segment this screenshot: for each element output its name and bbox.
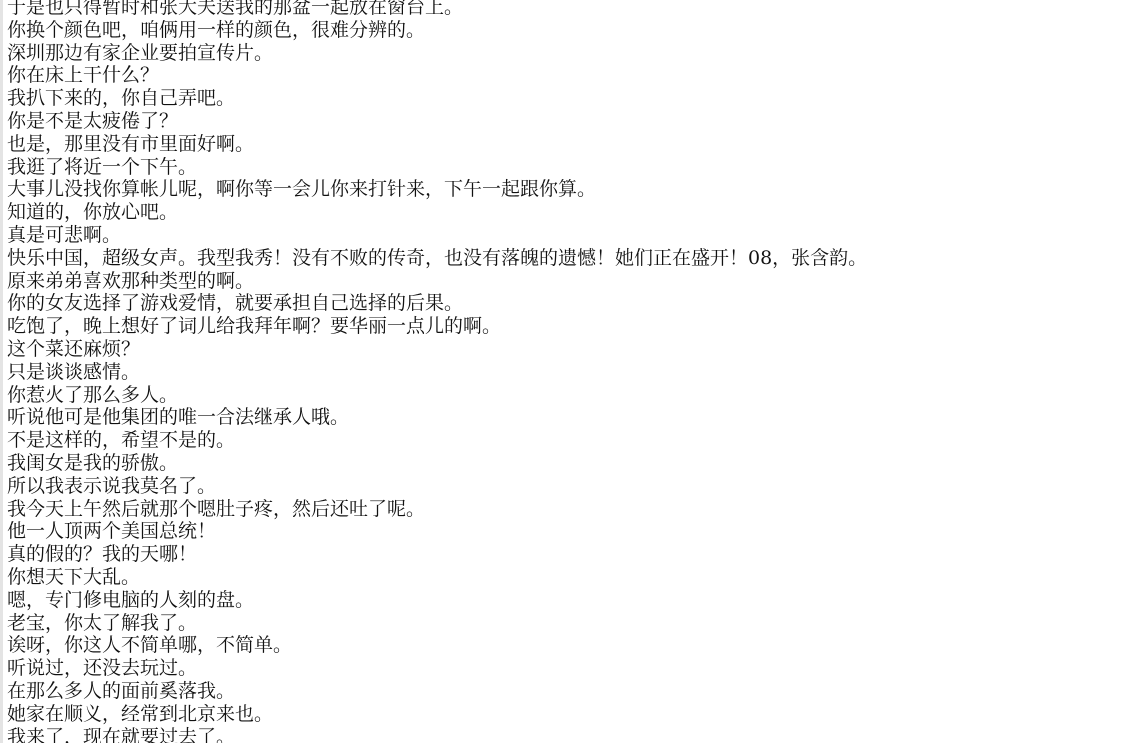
text-line: 你想天下大乱。 [7,566,867,589]
text-line: 我今天上午然后就那个嗯肚子疼，然后还吐了呢。 [7,498,867,521]
text-line: 知道的，你放心吧。 [7,201,867,224]
text-lines: 于是也只得暂时和张大夫送我的那盆一起放在窗台上。 你换个颜色吧，咱俩用一样的颜色… [7,0,867,743]
text-line: 诶呀，你这人不简单哪，不简单。 [7,634,867,657]
text-line: 真是可悲啊。 [7,224,867,247]
text-line: 于是也只得暂时和张大夫送我的那盆一起放在窗台上。 [7,0,867,19]
text-line: 你的女友选择了游戏爱情，就要承担自己选择的后果。 [7,292,867,315]
text-line: 真的假的？我的天哪！ [7,543,867,566]
text-line: 我逛了将近一个下午。 [7,156,867,179]
text-line: 你换个颜色吧，咱俩用一样的颜色，很难分辨的。 [7,19,867,42]
text-line: 你是不是太疲倦了？ [7,110,867,133]
text-line: 我来了，现在就要过去了。 [7,726,867,743]
text-line: 原来弟弟喜欢那种类型的啊。 [7,270,867,293]
text-line: 听说过，还没去玩过。 [7,657,867,680]
text-line: 老宝，你太了解我了。 [7,612,867,635]
text-line: 我扒下来的，你自己弄吧。 [7,87,867,110]
text-line: 这个菜还麻烦？ [7,338,867,361]
text-line: 大事儿没找你算帐儿呢，啊你等一会儿你来打针来，下午一起跟你算。 [7,178,867,201]
text-line: 嗯，专门修电脑的人刻的盘。 [7,589,867,612]
text-line: 你惹火了那么多人。 [7,384,867,407]
text-line: 你在床上干什么？ [7,64,867,87]
text-line: 也是，那里没有市里面好啊。 [7,133,867,156]
text-document: 于是也只得暂时和张大夫送我的那盆一起放在窗台上。 你换个颜色吧，咱俩用一样的颜色… [0,0,1146,743]
text-line: 只是谈谈感情。 [7,361,867,384]
text-line: 他一人顶两个美国总统！ [7,520,867,543]
text-line: 我闺女是我的骄傲。 [7,452,867,475]
text-line: 在那么多人的面前奚落我。 [7,680,867,703]
text-line: 听说他可是他集团的唯一合法继承人哦。 [7,406,867,429]
text-line: 快乐中国，超级女声。我型我秀！没有不败的传奇，也没有落魄的遗憾！她们正在盛开！0… [7,247,867,270]
text-line: 不是这样的，希望不是的。 [7,429,867,452]
text-line: 她家在顺义，经常到北京来也。 [7,703,867,726]
text-line: 吃饱了，晚上想好了词儿给我拜年啊？要华丽一点儿的啊。 [7,315,867,338]
text-line: 所以我表示说我莫名了。 [7,475,867,498]
text-line: 深圳那边有家企业要拍宣传片。 [7,42,867,65]
